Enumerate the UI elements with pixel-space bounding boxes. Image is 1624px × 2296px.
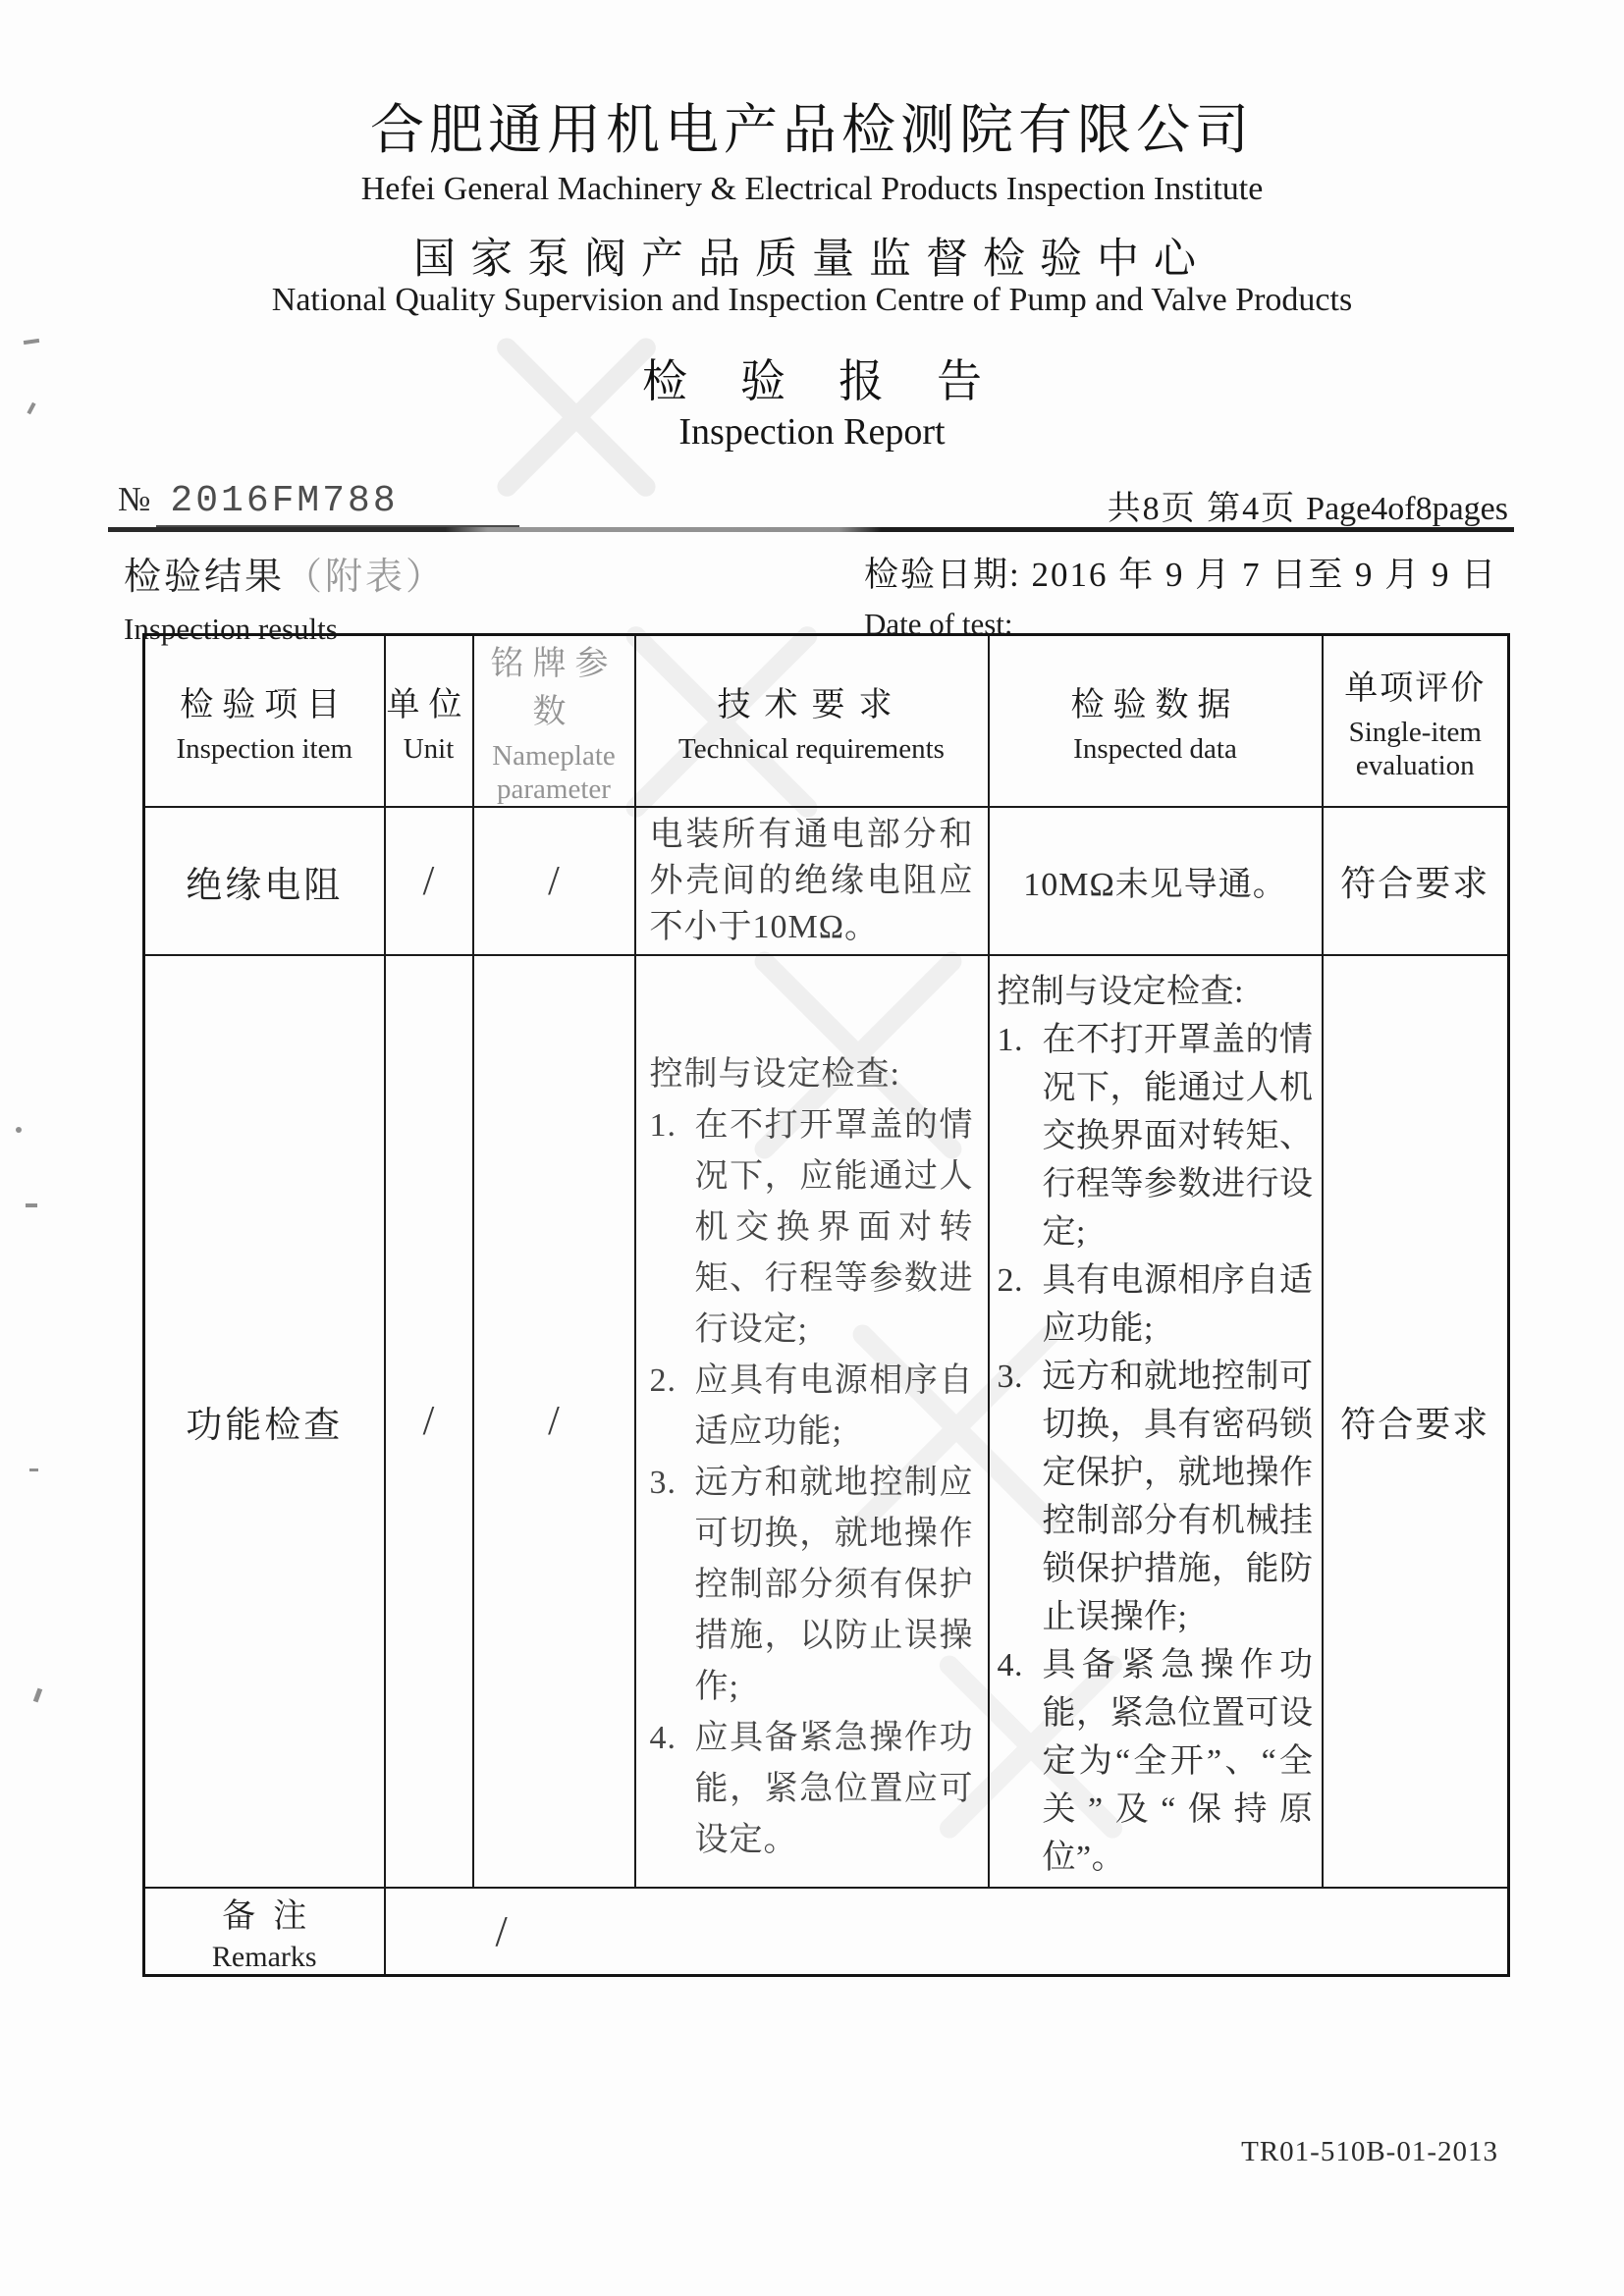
- scan-speck: [29, 1468, 38, 1471]
- table-row-remarks: 备注 Remarks /: [144, 1888, 1509, 1976]
- numero-sign: №: [118, 480, 150, 518]
- test-date: 检验日期: 2016 年 9 月 7 日至 9 月 9 日 Date of te…: [864, 548, 1497, 642]
- list-item: 3.远方和就地控制可切换，具有密码锁定保护，就地操作控制部分有机械挂锁保护措施，…: [998, 1353, 1314, 1641]
- scan-speck: [16, 1127, 22, 1133]
- technical-requirements-text: 控制与设定检查: 1.在不打开罩盖的情况下，应能通过人机交换界面对转矩、行程等参…: [635, 955, 989, 1888]
- list-item: 2.应具有电源相序自适应功能;: [650, 1356, 974, 1458]
- list-item: 1.在不打开罩盖的情况下，应能通过人机交换界面对转矩、行程等参数进行设定;: [650, 1100, 974, 1356]
- page-current: 4: [1371, 491, 1387, 530]
- item-name: 绝缘电阻: [144, 807, 385, 955]
- col-header-nameplate-parameter: 铭牌参数 Nameplate parameter: [473, 635, 635, 808]
- institute-name-cn: 合肥通用机电产品检测院有限公司: [0, 86, 1624, 164]
- date-value: 2016 年 9 月 7 日至 9 月 9 日: [1031, 556, 1497, 594]
- col-header-inspection-item: 检验项目 Inspection item: [144, 635, 385, 808]
- col-header-inspected-data: 检验数据 Inspected data: [989, 635, 1323, 808]
- list-item: 2.具有电源相序自适应功能;: [998, 1256, 1314, 1353]
- divider-rule: [108, 527, 1514, 532]
- page-info-en: Page4of8pages: [1306, 491, 1508, 530]
- inspection-report-page: 合肥通用机电产品检测院有限公司 Hefei General Machinery …: [0, 0, 1624, 2296]
- col-header-unit: 单位 Unit: [385, 635, 473, 808]
- col-header-technical-requirements: 技术要求 Technical requirements: [635, 635, 989, 808]
- table-header-row: 检验项目 Inspection item 单位 Unit 铭牌参数 Namepl…: [144, 635, 1509, 808]
- results-label-paren: （附表）: [285, 557, 446, 598]
- document-code: TR01-510B-01-2013: [1241, 2136, 1498, 2168]
- report-number-value: 2016FM788: [156, 480, 519, 528]
- remarks-value: /: [385, 1888, 1509, 1976]
- page-info: 共8页 第4页Page4of8pages: [1108, 481, 1508, 529]
- list-item: 4.具备紧急操作功能，紧急位置可设定为“全开”、“全关”及“保持原位”。: [998, 1641, 1314, 1882]
- requirements-intro: 控制与设定检查:: [650, 1049, 974, 1100]
- evaluation-value: 符合要求: [1323, 955, 1509, 1888]
- table-row-insulation-resistance: 绝缘电阻 / / 电装所有通电部分和外壳间的绝缘电阻应不小于10MΩ。 10MΩ…: [144, 807, 1509, 955]
- list-item: 4.应具备紧急操作功能，紧急位置应可设定。: [650, 1713, 974, 1866]
- unit-value: /: [385, 807, 473, 955]
- page-info-cn: 共8页 第4页: [1108, 491, 1297, 527]
- scan-speck: [33, 1688, 42, 1703]
- report-title-en: Inspection Report: [0, 410, 1624, 454]
- inspection-results-table: 检验项目 Inspection item 单位 Unit 铭牌参数 Namepl…: [142, 633, 1510, 1977]
- date-label-cn: 检验日期:: [864, 556, 1021, 594]
- inspected-data-list: 1.在不打开罩盖的情况下，能通过人机交换界面对转矩、行程等参数进行设定;2.具有…: [998, 1016, 1314, 1882]
- report-title-cn: 检验报告: [0, 346, 1624, 410]
- institute-name-en: Hefei General Machinery & Electrical Pro…: [0, 171, 1624, 208]
- col-header-single-item-evaluation: 单项评价 Single-item evaluation: [1323, 635, 1509, 808]
- inspected-data-text: 10MΩ未见导通。: [989, 807, 1323, 955]
- report-number: №2016FM788: [118, 478, 519, 528]
- results-label-cn: 检验结果: [124, 557, 285, 598]
- list-item: 3.远方和就地控制应可切换，就地操作控制部分须有保护措施，以防止误操作;: [650, 1458, 974, 1713]
- table-row-function-check: 功能检查 / / 控制与设定检查: 1.在不打开罩盖的情况下，应能通过人机交换界…: [144, 955, 1509, 1888]
- center-name-en: National Quality Supervision and Inspect…: [0, 282, 1624, 319]
- results-label: 检验结果（附表） Inspection results: [124, 546, 446, 647]
- scan-speck: [24, 339, 39, 345]
- center-name-cn: 国家泵阀产品质量监督检验中心: [0, 226, 1624, 286]
- requirements-list: 1.在不打开罩盖的情况下，应能通过人机交换界面对转矩、行程等参数进行设定;2.应…: [650, 1100, 974, 1866]
- technical-requirements-text: 电装所有通电部分和外壳间的绝缘电阻应不小于10MΩ。: [635, 807, 989, 955]
- inspected-data-intro: 控制与设定检查:: [998, 968, 1314, 1016]
- inspected-data-text: 控制与设定检查: 1.在不打开罩盖的情况下，能通过人机交换界面对转矩、行程等参数…: [989, 955, 1323, 1888]
- unit-value: /: [385, 955, 473, 1888]
- remarks-label: 备注 Remarks: [144, 1888, 385, 1976]
- nameplate-value: /: [473, 955, 635, 1888]
- scan-speck: [26, 1203, 37, 1207]
- page-total: 8: [1416, 491, 1433, 530]
- list-item: 1.在不打开罩盖的情况下，能通过人机交换界面对转矩、行程等参数进行设定;: [998, 1016, 1314, 1256]
- evaluation-value: 符合要求: [1323, 807, 1509, 955]
- nameplate-value: /: [473, 807, 635, 955]
- item-name: 功能检查: [144, 955, 385, 1888]
